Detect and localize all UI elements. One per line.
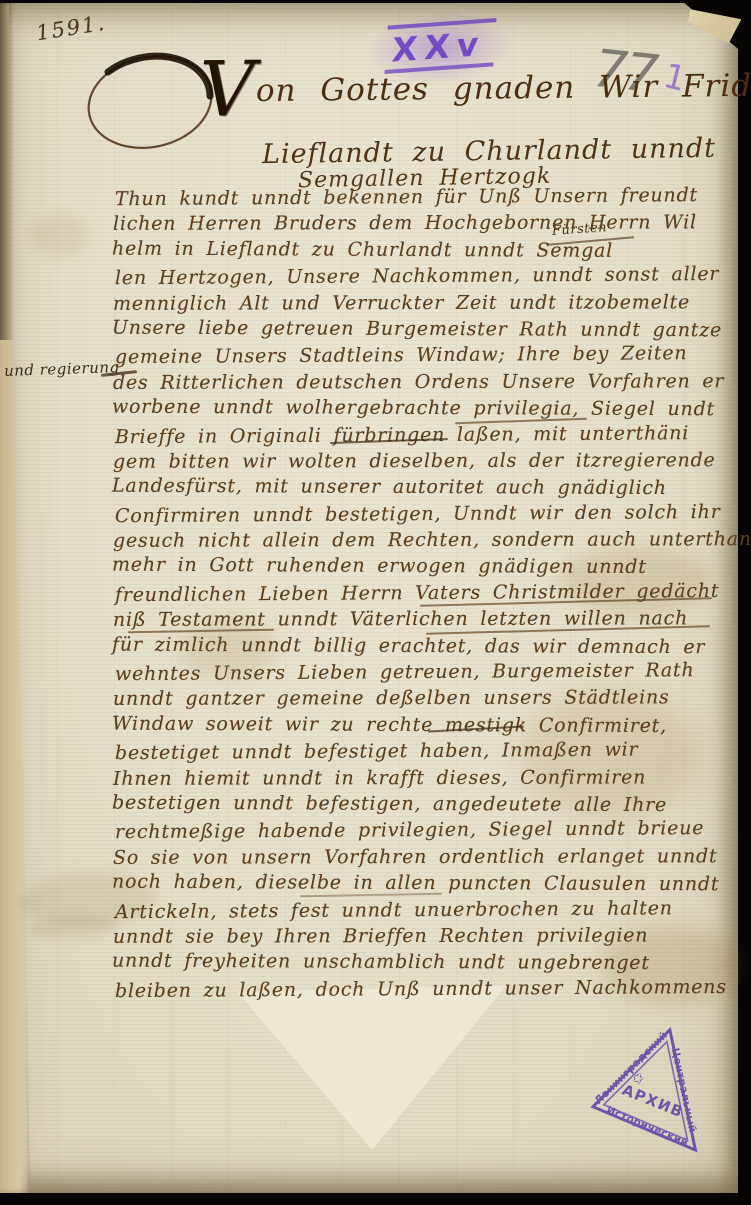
manuscript-line: unndt freyheiten unschamblich undt ungeb… [112, 950, 740, 979]
manuscript-line: bleiben zu laßen, doch Unß unndt unser N… [112, 976, 740, 1007]
manuscript-line: rechtmeßige habende privilegien, Siegel … [112, 817, 740, 848]
manuscript-line: Landesfürst, mit unserer autoritet auch … [112, 475, 740, 504]
left-scan-edge [0, 0, 14, 340]
manuscript-line: worbene unndt wolhergebrachte privilegia… [112, 396, 740, 425]
manuscript-line: unndt sie bey Ihren Brieffen Rechten pri… [112, 924, 740, 952]
manuscript-line: Windaw soweit wir zu rechte mestigk Conf… [112, 712, 740, 741]
manuscript-line: menniglich Alt und Verruckter Zeit undt … [112, 291, 740, 319]
manuscript-line: gem bitten wir wolten dieselben, als der… [112, 449, 740, 477]
manuscript-line: wehntes Unsers Lieben getreuen, Burgemei… [112, 659, 740, 690]
manuscript-line: So sie von unsern Vorfahren ordentlich e… [112, 845, 740, 873]
manuscript-line: mehr in Gott ruhenden erwogen gnädigen u… [112, 554, 740, 583]
heading-line-1: Von Gottes gnaden Wir Friderich in [200, 66, 751, 109]
manuscript-line: des Ritterlichen deutschen Ordens Unsere… [112, 370, 740, 398]
heading-line-1-text: on Gottes gnaden Wir Friderich in [256, 66, 751, 109]
manuscript-line: Unsere liebe getreuen Burgemeister Rath … [112, 317, 740, 346]
shelf-mark: XXv [384, 18, 497, 74]
manuscript-line: Brieffe in Originali fürbringen laßen, m… [112, 421, 740, 452]
manuscript-line: noch haben, dieselbe in allen puncten Cl… [112, 871, 740, 900]
manuscript-line: lichen Herren Bruders dem Hochgebornen H… [112, 212, 740, 240]
manuscript-line: Confirmiren unndt bestetigen, Unndt wir … [112, 500, 740, 531]
manuscript-line: bestetigen unndt befestigen, angedeutete… [112, 792, 740, 821]
manuscript-line: Ihnen hiemit unndt in krafft dieses, Con… [112, 766, 740, 794]
manuscript-line: für zimlich unndt billig erachtet, das w… [112, 633, 740, 662]
manuscript-line: len Hertzogen, Unsere Nachkommen, unndt … [112, 263, 740, 294]
manuscript-body: Thun kundt unndt bekennen für Unß Unsern… [112, 186, 740, 1004]
initial-letter: V [200, 44, 257, 134]
manuscript-line: Artickeln, stets fest unndt unuerbrochen… [112, 896, 740, 927]
manuscript-line: helm in Lieflandt zu Churlandt unndt Sem… [112, 237, 740, 266]
manuscript-line: gesuch nicht allein dem Rechten, sondern… [112, 528, 740, 556]
archive-stamp: Ленинградский Центральный Исторический ✩… [583, 1018, 735, 1156]
manuscript-line: unndt gantzer gemeine deßelben unsers St… [112, 687, 740, 715]
manuscript-line: Thun kundt unndt bekennen für Unß Unsern… [112, 184, 740, 215]
manuscript-line: gemeine Unsers Stadtleins Windaw; Ihre b… [112, 342, 740, 373]
manuscript-line: bestetiget unndt befestiget haben, Inmaß… [112, 738, 740, 769]
scanned-manuscript-page: 1591. XXv 77 1 Von Gottes gnaden Wir Fri… [0, 0, 751, 1205]
